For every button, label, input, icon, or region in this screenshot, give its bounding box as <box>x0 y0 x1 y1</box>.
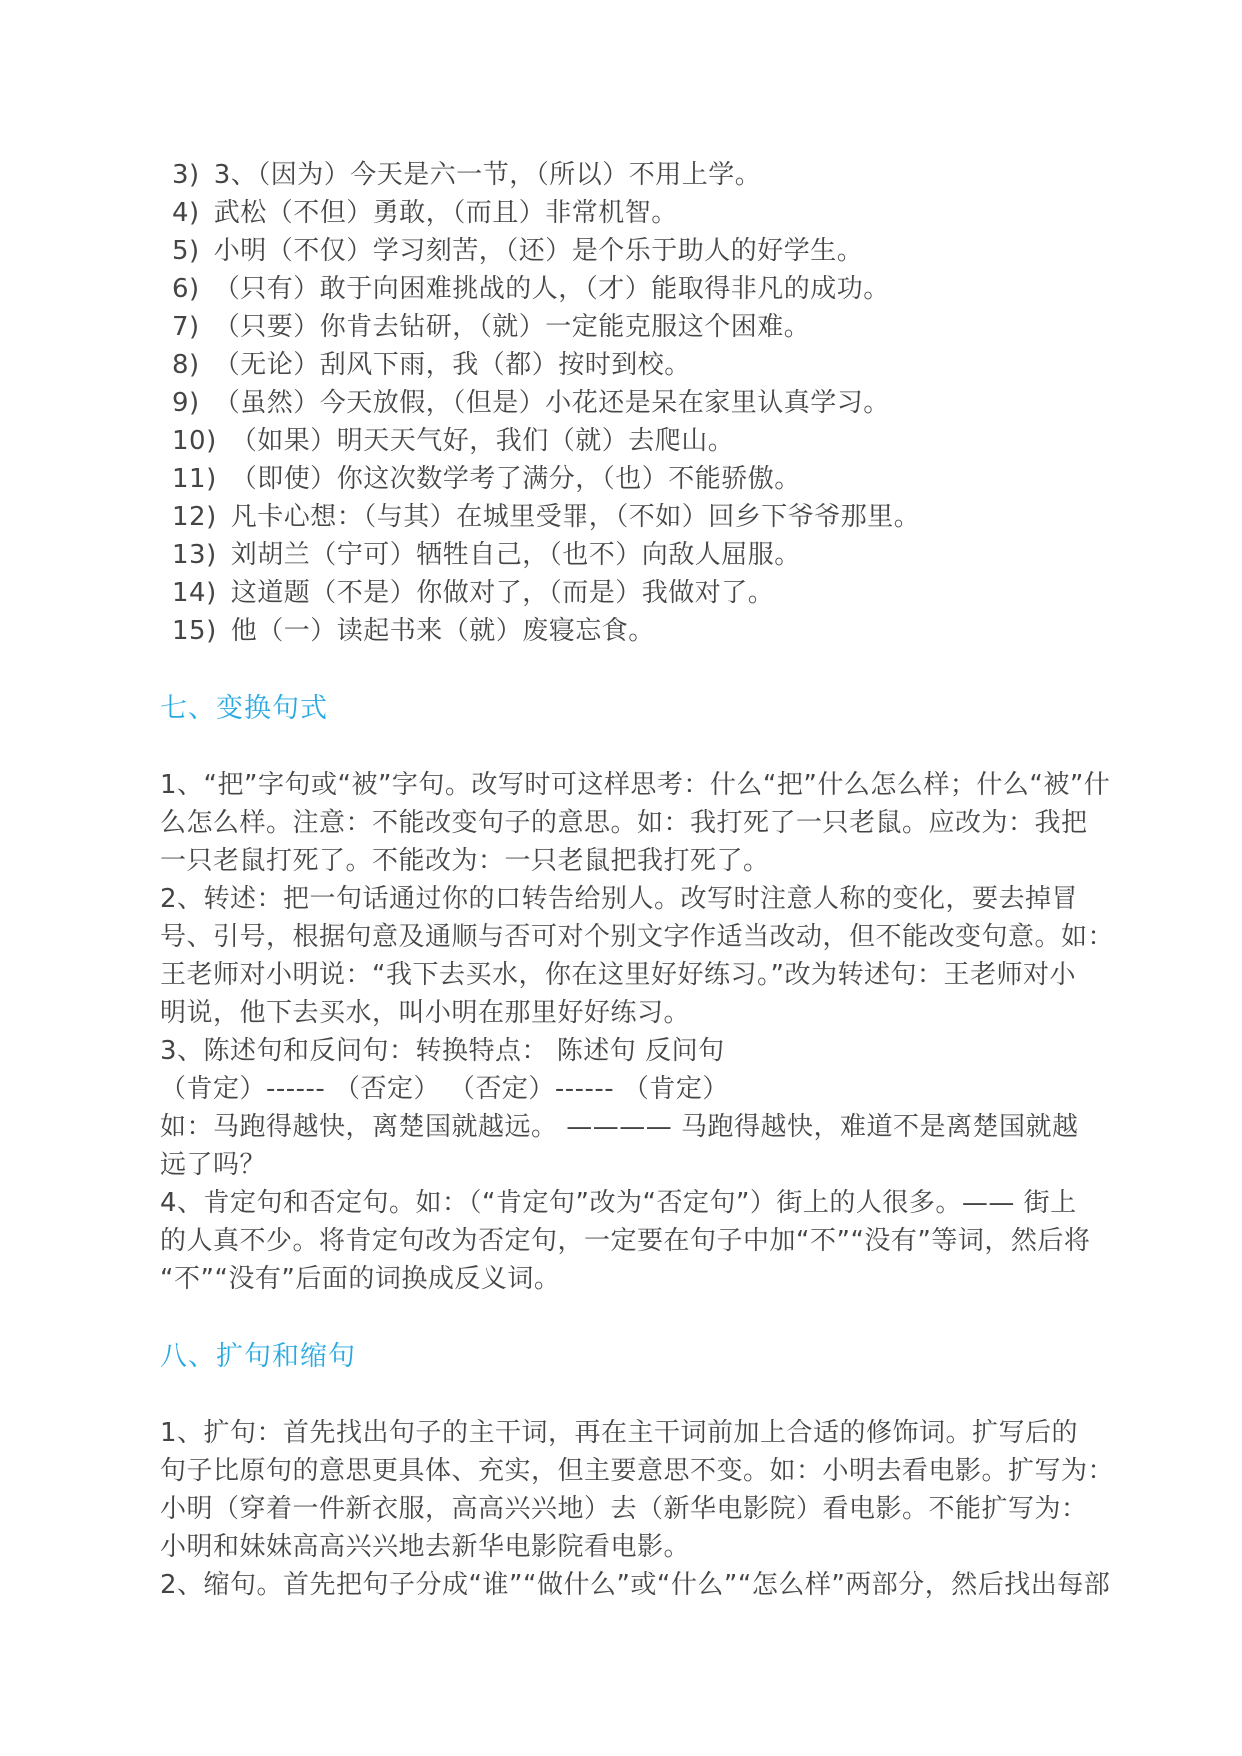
list-item: 4)武松（不但）勇敢，（而且）非常机智。 <box>160 194 1172 232</box>
list-item: 7)（只要）你肯去钻研，（就）一定能克服这个困难。 <box>160 308 1172 346</box>
list-item-text: 这道题（不是）你做对了，（而是）我做对了。 <box>231 578 775 608</box>
paragraph-line: 3、陈述句和反问句：转换特点： 陈述句 反问句 <box>160 1032 1172 1070</box>
list-item-text: （无论）刮风下雨，我（都）按时到校。 <box>214 350 691 380</box>
list-item: 9)（虽然）今天放假，（但是）小花还是呆在家里认真学习。 <box>160 384 1172 422</box>
list-item-number: 12) <box>172 498 217 536</box>
section-heading: 七、变换句式 <box>160 690 1172 728</box>
list-item-number: 15) <box>172 612 217 650</box>
paragraph-line: 王老师对小明说：“我下去买水，你在这里好好练习。”改为转述句：王老师对小 <box>160 956 1172 994</box>
document-page: 3)3、（因为）今天是六一节，（所以）不用上学。 4)武松（不但）勇敢，（而且）… <box>0 0 1242 1756</box>
numbered-list: 3)3、（因为）今天是六一节，（所以）不用上学。 4)武松（不但）勇敢，（而且）… <box>160 156 1172 650</box>
paragraph: 1、“把”字句或“被”字句。改写时可这样思考：什么“把”什么怎么样；什么“被”什… <box>160 766 1172 880</box>
list-item-number: 8) <box>172 346 200 384</box>
list-item-text: 武松（不但）勇敢，（而且）非常机智。 <box>214 198 678 228</box>
list-item-number: 13) <box>172 536 217 574</box>
paragraph-line: 号、引号，根据句意及通顺与否可对个别文字作适当改动，但不能改变句意。如： <box>160 918 1172 956</box>
paragraph-line: 的人真不少。将肯定句改为否定句，一定要在句子中加“不”“没有”等词，然后将 <box>160 1222 1172 1260</box>
list-item-number: 11) <box>172 460 217 498</box>
paragraph-line: 1、扩句：首先找出句子的主干词，再在主干词前加上合适的修饰词。扩写后的 <box>160 1414 1172 1452</box>
section-heading: 八、扩句和缩句 <box>160 1338 1172 1376</box>
paragraph-line: 远了吗？ <box>160 1146 1172 1184</box>
paragraph-line: “不”“没有”后面的词换成反义词。 <box>160 1260 1172 1298</box>
list-item: 13)刘胡兰（宁可）牺牲自己，（也不）向敌人屈服。 <box>160 536 1172 574</box>
list-item-number: 14) <box>172 574 217 612</box>
paragraph-line: 2、转述：把一句话通过你的口转告给别人。改写时注意人称的变化，要去掉冒 <box>160 880 1172 918</box>
paragraph-line: 一只老鼠打死了。不能改为：一只老鼠把我打死了。 <box>160 842 1172 880</box>
paragraph-line: 小明和妹妹高高兴兴地去新华电影院看电影。 <box>160 1528 1172 1566</box>
paragraph-line: 么怎么样。注意：不能改变句子的意思。如：我打死了一只老鼠。应改为：我把 <box>160 804 1172 842</box>
list-item: 14)这道题（不是）你做对了，（而是）我做对了。 <box>160 574 1172 612</box>
paragraph: 4、肯定句和否定句。如：（“肯定句”改为“否定句”）街上的人很多。—— 街上 的… <box>160 1184 1172 1298</box>
list-item-number: 5) <box>172 232 200 270</box>
paragraph-line: 2、缩句。首先把句子分成“谁”“做什么”或“什么”“怎么样”两部分，然后找出每部 <box>160 1566 1172 1604</box>
section-sentence-transformation: 七、变换句式 1、“把”字句或“被”字句。改写时可这样思考：什么“把”什么怎么样… <box>160 690 1172 1298</box>
section-expand-contract: 八、扩句和缩句 1、扩句：首先找出句子的主干词，再在主干词前加上合适的修饰词。扩… <box>160 1338 1172 1604</box>
list-item-text: 刘胡兰（宁可）牺牲自己，（也不）向敌人屈服。 <box>231 540 801 570</box>
list-item: 8)（无论）刮风下雨，我（都）按时到校。 <box>160 346 1172 384</box>
list-item-text: 凡卡心想：（与其）在城里受罪，（不如）回乡下爷爷那里。 <box>231 502 921 532</box>
list-item-text: 3、（因为）今天是六一节，（所以）不用上学。 <box>214 160 762 190</box>
paragraph-line: 小明（穿着一件新衣服，高高兴兴地）去（新华电影院）看电影。不能扩写为： <box>160 1490 1172 1528</box>
paragraph-line: 如：马跑得越快，离楚国就越远。 ———— 马跑得越快，难道不是离楚国就越 <box>160 1108 1172 1146</box>
paragraph: 3、陈述句和反问句：转换特点： 陈述句 反问句 （肯定）------ （否定） … <box>160 1032 1172 1184</box>
paragraph: 2、转述：把一句话通过你的口转告给别人。改写时注意人称的变化，要去掉冒 号、引号… <box>160 880 1172 1032</box>
paragraph: 1、扩句：首先找出句子的主干词，再在主干词前加上合适的修饰词。扩写后的 句子比原… <box>160 1414 1172 1566</box>
list-item-number: 7) <box>172 308 200 346</box>
paragraph-line: （肯定）------ （否定） （否定）------ （肯定） <box>160 1070 1172 1108</box>
list-item-number: 4) <box>172 194 200 232</box>
list-item: 11)（即使）你这次数学考了满分，（也）不能骄傲。 <box>160 460 1172 498</box>
list-item-text: （即使）你这次数学考了满分，（也）不能骄傲。 <box>231 464 801 494</box>
paragraph-line: 明说，他下去买水，叫小明在那里好好练习。 <box>160 994 1172 1032</box>
list-item-number: 3) <box>172 156 200 194</box>
list-item: 10)（如果）明天天气好，我们（就）去爬山。 <box>160 422 1172 460</box>
list-item-text: （如果）明天天气好，我们（就）去爬山。 <box>231 426 735 456</box>
paragraph-line: 1、“把”字句或“被”字句。改写时可这样思考：什么“把”什么怎么样；什么“被”什 <box>160 766 1172 804</box>
list-item-number: 9) <box>172 384 200 422</box>
list-item: 3)3、（因为）今天是六一节，（所以）不用上学。 <box>160 156 1172 194</box>
list-item: 15)他（一）读起书来（就）废寝忘食。 <box>160 612 1172 650</box>
list-item-text: 他（一）读起书来（就）废寝忘食。 <box>231 616 655 646</box>
list-item-text: （只有）敢于向困难挑战的人，（才）能取得非凡的成功。 <box>214 274 890 304</box>
list-item-text: 小明（不仅）学习刻苦，（还）是个乐于助人的好学生。 <box>214 236 864 266</box>
list-item: 6)（只有）敢于向困难挑战的人，（才）能取得非凡的成功。 <box>160 270 1172 308</box>
list-item-number: 6) <box>172 270 200 308</box>
list-item-text: （只要）你肯去钻研，（就）一定能克服这个困难。 <box>214 312 811 342</box>
paragraph-line: 4、肯定句和否定句。如：（“肯定句”改为“否定句”）街上的人很多。—— 街上 <box>160 1184 1172 1222</box>
paragraph: 2、缩句。首先把句子分成“谁”“做什么”或“什么”“怎么样”两部分，然后找出每部 <box>160 1566 1172 1604</box>
list-item: 5)小明（不仅）学习刻苦，（还）是个乐于助人的好学生。 <box>160 232 1172 270</box>
list-item-number: 10) <box>172 422 217 460</box>
list-item-text: （虽然）今天放假，（但是）小花还是呆在家里认真学习。 <box>214 388 890 418</box>
paragraph-line: 句子比原句的意思更具体、充实，但主要意思不变。如：小明去看电影。扩写为： <box>160 1452 1172 1490</box>
list-item: 12)凡卡心想：（与其）在城里受罪，（不如）回乡下爷爷那里。 <box>160 498 1172 536</box>
